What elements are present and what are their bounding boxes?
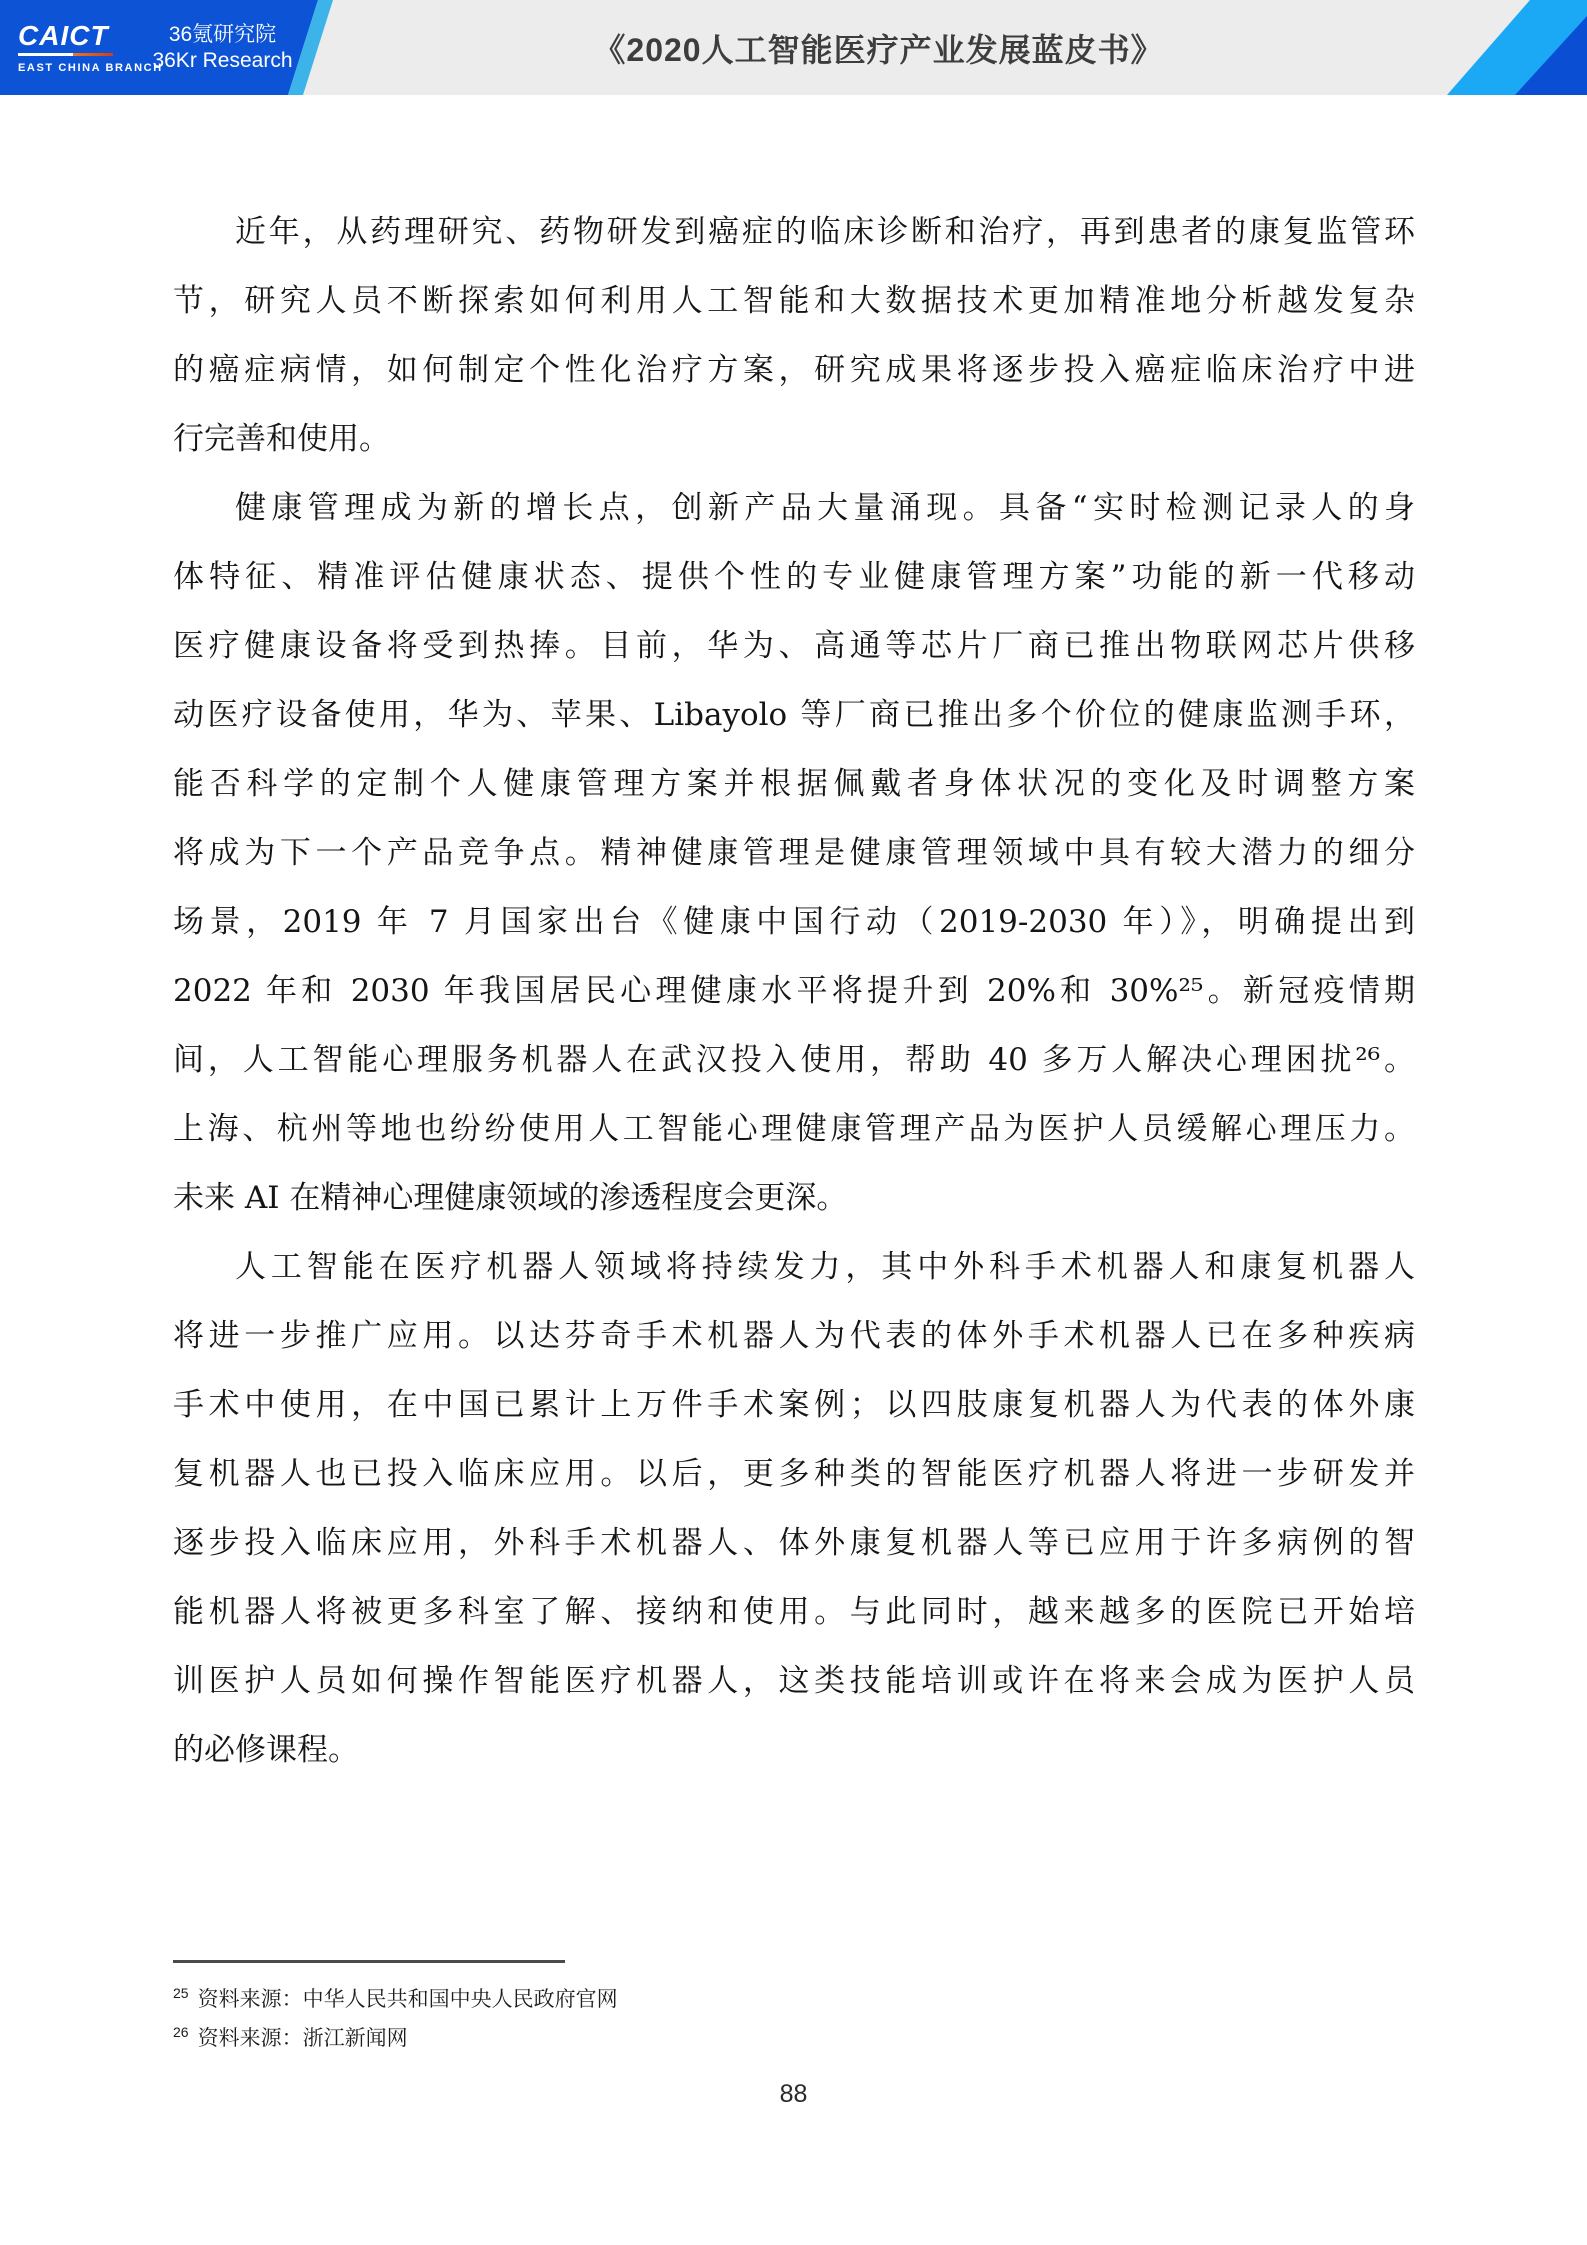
text-line: 训医护人员如何操作智能医疗机器人，这类技能培训或许在将来会成为医护人员 — [173, 1647, 1415, 1716]
caict-logo-underline — [18, 53, 113, 56]
caict-logo-text: CAICT — [18, 20, 109, 52]
36kr-research-cn: 36氪研究院 — [150, 22, 295, 48]
text-line: 将进一步推广应用。以达芬奇手术机器人为代表的体外手术机器人已在多种疾病 — [173, 1302, 1415, 1371]
footnote-26-text: 资料来源：浙江新闻网 — [198, 2026, 408, 2050]
text-line: 健康管理成为新的增长点，创新产品大量涌现。具备“实时检测记录人的身 — [173, 474, 1415, 543]
text-line: 医疗健康设备将受到热捧。目前，华为、高通等芯片厂商已推出物联网芯片供移 — [173, 612, 1415, 681]
text-line: 手术中使用，在中国已累计上万件手术案例；以四肢康复机器人为代表的体外康 — [173, 1371, 1415, 1440]
text-line: 行完善和使用。 — [173, 405, 1415, 474]
text-line: 体特征、精准评估健康状态、提供个性的专业健康管理方案”功能的新一代移动 — [173, 543, 1415, 612]
footnote-separator — [173, 1960, 565, 1963]
document-body: 近年，从药理研究、药物研发到癌症的临床诊断和治疗，再到患者的康复监管环节，研究人… — [173, 198, 1415, 1785]
text-line: 复机器人也已投入临床应用。以后，更多种类的智能医疗机器人将进一步研发并 — [173, 1440, 1415, 1509]
text-line: 的癌症病情，如何制定个性化治疗方案，研究成果将逐步投入癌症临床治疗中进 — [173, 336, 1415, 405]
document-page: CAICT EAST CHINA BRANCH 36氪研究院 36Kr Rese… — [0, 0, 1587, 2245]
text-line: 能否科学的定制个人健康管理方案并根据佩戴者身体状况的变化及时调整方案 — [173, 750, 1415, 819]
text-line: 未来 AI 在精神心理健康领域的渗透程度会更深。 — [173, 1164, 1415, 1233]
36kr-research-en: 36Kr Research — [150, 48, 295, 74]
page-number: 88 — [0, 2080, 1587, 2109]
footnote-25-text: 资料来源：中华人民共和国中央人民政府官网 — [198, 1987, 618, 2011]
caict-branch-label: EAST CHINA BRANCH — [18, 62, 163, 74]
footnote-26-marker: 26 — [173, 2024, 189, 2040]
text-line: 逐步投入临床应用，外科手术机器人、体外康复机器人等已应用于许多病例的智 — [173, 1509, 1415, 1578]
36kr-research-label: 36氪研究院 36Kr Research — [150, 22, 295, 74]
text-line: 动医疗设备使用，华为、苹果、Libayolo 等厂商已推出多个价位的健康监测手环… — [173, 681, 1415, 750]
text-line: 将成为下一个产品竞争点。精神健康管理是健康管理领域中具有较大潜力的细分 — [173, 819, 1415, 888]
caict-logo: CAICT EAST CHINA BRANCH 36氪研究院 36Kr Rese… — [0, 0, 300, 95]
text-line: 能机器人将被更多科室了解、接纳和使用。与此同时，越来越多的医院已开始培 — [173, 1578, 1415, 1647]
footnote-25-marker: 25 — [173, 1985, 189, 2001]
page-header: CAICT EAST CHINA BRANCH 36氪研究院 36Kr Rese… — [0, 0, 1587, 95]
text-line: 上海、杭州等地也纷纷使用人工智能心理健康管理产品为医护人员缓解心理压力。 — [173, 1095, 1415, 1164]
footnote-25: 25资料来源：中华人民共和国中央人民政府官网 — [173, 1977, 1073, 2016]
text-line: 间，人工智能心理服务机器人在武汉投入使用，帮助 40 多万人解决心理困扰²⁶。 — [173, 1026, 1415, 1095]
footnote-26: 26资料来源：浙江新闻网 — [173, 2016, 1073, 2055]
document-title: 《2020人工智能医疗产业发展蓝皮书》 — [340, 0, 1417, 95]
text-line: 节，研究人员不断探索如何利用人工智能和大数据技术更加精准地分析越发复杂 — [173, 267, 1415, 336]
text-line: 2022 年和 2030 年我国居民心理健康水平将提升到 20%和 30%²⁵。… — [173, 957, 1415, 1026]
text-line: 场景，2019 年 7 月国家出台《健康中国行动（2019-2030 年）》，明… — [173, 888, 1415, 957]
text-line: 的必修课程。 — [173, 1716, 1415, 1785]
footnotes-section: 25资料来源：中华人民共和国中央人民政府官网 26资料来源：浙江新闻网 — [173, 1960, 1073, 2055]
text-line: 人工智能在医疗机器人领域将持续发力，其中外科手术机器人和康复机器人 — [173, 1233, 1415, 1302]
text-line: 近年，从药理研究、药物研发到癌症的临床诊断和治疗，再到患者的康复监管环 — [173, 198, 1415, 267]
